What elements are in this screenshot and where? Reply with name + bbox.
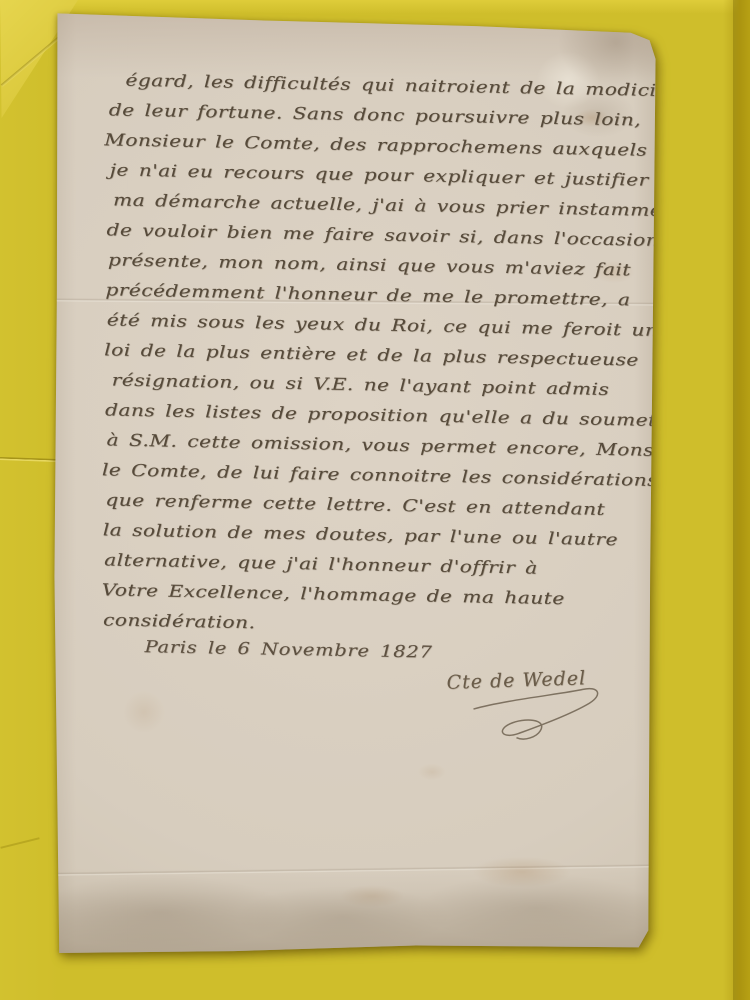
letter-line: considération. xyxy=(103,608,256,635)
letter-line: été mis sous les yeux du Roi, ce qui me … xyxy=(107,308,671,343)
backdrop-shade-right xyxy=(723,0,733,1000)
letter-line: de vouloir bien me faire savoir si, dans… xyxy=(106,218,659,253)
letter-line: Monsieur le Comte, des rapprochemens aux… xyxy=(104,128,647,162)
letter-line: le Comte, de lui faire connoitre les con… xyxy=(102,458,659,493)
letter-text-block: égard, les difficultés qui naitroient de… xyxy=(35,11,659,963)
signature: Cte de Wedel xyxy=(436,659,649,756)
letter-line: précédemment l'honneur de me le promettr… xyxy=(105,278,630,312)
letter-line: ma démarche actuelle, j'ai à vous prier … xyxy=(113,188,685,223)
letter-line: que renferme cette lettre. C'est en atte… xyxy=(105,488,605,522)
letter-line: alternative, que j'ai l'honneur d'offrir… xyxy=(104,548,538,580)
backdrop-crease-bottom-left xyxy=(0,837,39,849)
letter-line: Votre Excellence, l'hommage de ma haute xyxy=(101,578,565,611)
letter-paper: égard, les difficultés qui naitroient de… xyxy=(52,12,658,953)
letter-line: résignation, ou si V.E. ne l'ayant point… xyxy=(111,368,609,402)
letter-dateline: Paris le 6 Novembre 1827 xyxy=(144,637,432,662)
backdrop-band-right xyxy=(733,0,750,1000)
letter-line: à S.M. cette omission, vous permet encor… xyxy=(106,428,697,463)
paper-shadow: égard, les difficultés qui naitroient de… xyxy=(52,12,658,953)
letter-line: égard, les difficultés qui naitroient de… xyxy=(125,69,677,104)
backdrop-crease-left xyxy=(0,457,56,462)
letter-line: dans les listes de proposition qu'elle a… xyxy=(105,398,688,433)
letter-line: de leur fortune. Sans donc poursuivre pl… xyxy=(109,98,642,132)
letter-line: présente, mon nom, ainsi que vous m'avie… xyxy=(108,248,631,282)
letter-line: je n'ai eu recours que pour expliquer et… xyxy=(110,158,649,192)
photo-backdrop: égard, les difficultés qui naitroient de… xyxy=(0,0,750,1000)
signature-flourish-icon xyxy=(465,678,617,755)
letter-line: loi de la plus entière et de la plus res… xyxy=(104,338,639,372)
letter-line: la solution de mes doutes, par l'une ou … xyxy=(103,518,619,552)
